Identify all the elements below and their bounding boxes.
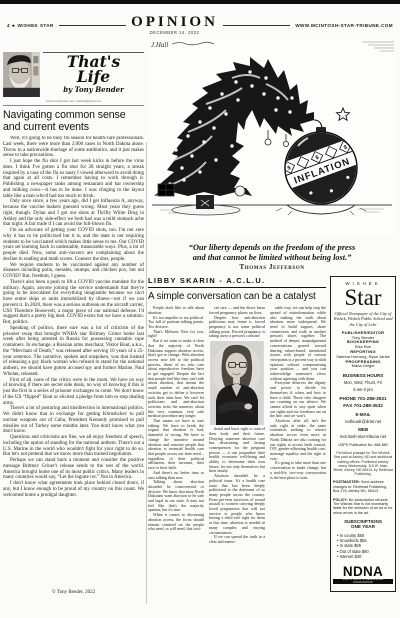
article-column-1: People don't like to talk about abortion…: [148, 306, 204, 608]
subscriptions-label: SUBSCRIPTIONS ONE YEAR: [344, 519, 382, 529]
article-paragraph: It's going to take more than one convers…: [270, 461, 326, 480]
star-icon: ★: [12, 23, 16, 28]
postage-text: Periodical postage for The Wishek Star p…: [333, 451, 393, 476]
body-paragraph: There's also been a push to lift a COVID…: [3, 280, 144, 326]
staff-name: Maria Geigel: [336, 364, 390, 369]
subscription-rates: • In county $50• Snowbirds $55• In state…: [333, 533, 369, 560]
center-region: J.Hall: [148, 38, 396, 608]
body-paragraph: I'm an advocate of getting your COVID sh…: [3, 228, 144, 263]
column-body: Well, it's going to be busy flu season f…: [3, 136, 144, 588]
tony-bender-photo: [3, 52, 40, 97]
policy-text: POLICY: No subscription refunds. The Wis…: [333, 498, 393, 516]
article-paragraph: rable way, we can help stop the spread o…: [270, 306, 326, 381]
page-number: 4: [7, 23, 10, 28]
business-hours-label: BUSINESS HOURS: [343, 373, 384, 378]
business-hours-days: Mon, Wed, Thurs, Fri: [344, 380, 382, 385]
editorial-cartoon: J.Hall: [148, 38, 396, 236]
masthead-title: Star: [344, 288, 381, 308]
issue-date: DECEMBER 14, 2022: [131, 31, 218, 35]
column-divider: [146, 142, 147, 604]
page-header: 4 ★ WISHEK STAR OPINION DECEMBER 14, 202…: [0, 15, 400, 35]
body-paragraph: Well, it's going to be busy flu season f…: [3, 136, 144, 159]
phone-line: PHONE 701-288-3531: [339, 396, 386, 401]
postmaster-label: POSTMASTER:: [333, 480, 360, 484]
quote-attribution: Thomas Jefferson: [148, 263, 396, 271]
ndna-wordmark: NDNA: [333, 565, 393, 579]
postmaster-text: POSTMASTER: Send address changes to: Red…: [333, 480, 393, 493]
masthead-box: WISHEK Star Official Newspaper of the Ci…: [330, 276, 396, 592]
top-rule: [0, 0, 400, 4]
bottom-row: LIBBY SKARIN - A.C.L.U. A simple convers…: [148, 276, 396, 608]
article-column-2: cal care — and the direct harm forced pr…: [209, 306, 265, 608]
body-paragraph: Perhaps we can stand back a moment and c…: [3, 458, 144, 481]
thats-life-column: That's Life by Tony Bender www.tonybende…: [3, 52, 144, 595]
article-paragraph: Despite how anti-abortion politicians ma…: [209, 316, 265, 340]
aclu-article: LIBBY SKARIN - A.C.L.U. A simple convers…: [148, 276, 326, 608]
quote-line-1: “Our liberty depends on the freedom of t…: [148, 243, 396, 253]
libby-skarin-photo: [209, 341, 265, 425]
column-headline: Navigating common sense and current even…: [3, 110, 144, 133]
subscription-rate: • Internet $40: [337, 554, 369, 559]
copyright-line: © Tony Bender, 2022: [3, 590, 144, 595]
article-columns: People don't like to talk about abortion…: [148, 306, 326, 608]
body-paragraph: There's a lot of posturing and misdirect…: [3, 406, 144, 435]
article-paragraph: When it comes to discussing abortion acc…: [148, 513, 204, 532]
paper-name: WISHEK STAR: [18, 23, 54, 28]
article-headline: A simple conversation can be a catalyst: [148, 291, 326, 302]
body-paragraph: I just hope the flu shot I got last week…: [3, 159, 144, 199]
header-rule-left: [59, 25, 126, 26]
column-title-line2: Life: [43, 69, 144, 84]
column-masthead: That's Life by Tony Bender: [3, 52, 144, 97]
newspaper-page: 4 ★ WISHEK STAR OPINION DECEMBER 14, 202…: [0, 0, 400, 618]
article-paragraph: That means we have to start talking. We …: [148, 419, 204, 471]
cartoonist-signature: J.Hall: [151, 41, 168, 49]
staff-list: PUBLISHER/EDITOR Tony Bender BOOKKEEPING…: [336, 331, 390, 369]
usps-line: USPS Publication No. 688-880: [338, 443, 387, 447]
body-paragraph: Speaking of politics, there sure was a l…: [3, 326, 144, 378]
body-paragraph: I don't know what agreements took place …: [3, 481, 144, 498]
email-label: E-MAIL: [355, 412, 370, 417]
article-paragraph: If we can spread the truth in a clear an…: [209, 535, 265, 544]
section-title: OPINION: [131, 15, 218, 30]
article-paragraph: It's too impolite or too political. Too …: [148, 316, 204, 330]
web-value: mcintosh-star-tribune.net: [340, 434, 386, 439]
article-paragraph: Abortion shouldn't be a political issue.…: [209, 474, 265, 535]
folio-left: 4 ★ WISHEK STAR: [7, 23, 54, 28]
article-paragraph: tional and basic right to control their …: [209, 427, 265, 474]
article-kicker: LIBBY SKARIN - A.C.L.U.: [148, 276, 326, 288]
fax-line: FAX 701-288-3532: [343, 403, 383, 408]
column-title: That's Life by Tony Bender: [43, 52, 144, 97]
quote-line-2: and that cannot be limited without being…: [148, 253, 396, 263]
article-paragraph: But if we want to make it clear that the…: [148, 339, 204, 419]
body-paragraph: Only once since, a few years ago, did I …: [3, 199, 144, 228]
email-value: redheadr@drtel.net: [345, 419, 381, 424]
ndna-tagline: NORTH DAKOTA NEWSPAPER ASSOCIATION: [333, 579, 393, 585]
policy-label: POLICY:: [333, 498, 348, 502]
website-url: WWW.MCINTOSH-STAR-TRIBUNE.COM: [295, 23, 393, 28]
article-paragraph: Everyone deserves the dignity and power …: [270, 381, 326, 419]
section-header: OPINION DECEMBER 14, 2022: [131, 15, 218, 35]
body-paragraph: First of all, none of the critics were i…: [3, 378, 144, 407]
article-paragraph: Abortion, after all, isn't the only righ…: [270, 419, 326, 461]
official-newspaper-text: Official Newspaper of the City of Wishek…: [333, 311, 393, 327]
pull-quote: “Our liberty depends on the freedom of t…: [148, 243, 396, 271]
column-byline: by Tony Bender: [43, 85, 144, 94]
business-hours-time: 9 am-3 pm: [353, 387, 373, 392]
ndna-logo: NDNA NORTH DAKOTA NEWSPAPER ASSOCIATION: [333, 565, 393, 585]
subscriptions-label-2: ONE YEAR: [344, 524, 382, 529]
header-rule-right: [223, 25, 290, 26]
author-contact-line: www.tonybender.net • redhead@drtel.net: [3, 99, 144, 106]
web-label: WEB: [358, 427, 368, 432]
article-column-3: rable way, we can help stop the spread o…: [270, 306, 326, 608]
body-paragraph: We require students to be vaccinated aga…: [3, 263, 144, 280]
article-paragraph: Talking about abortion shouldn't be cont…: [148, 480, 204, 513]
body-paragraph: Questions and criticisms are fine, we al…: [3, 435, 144, 458]
